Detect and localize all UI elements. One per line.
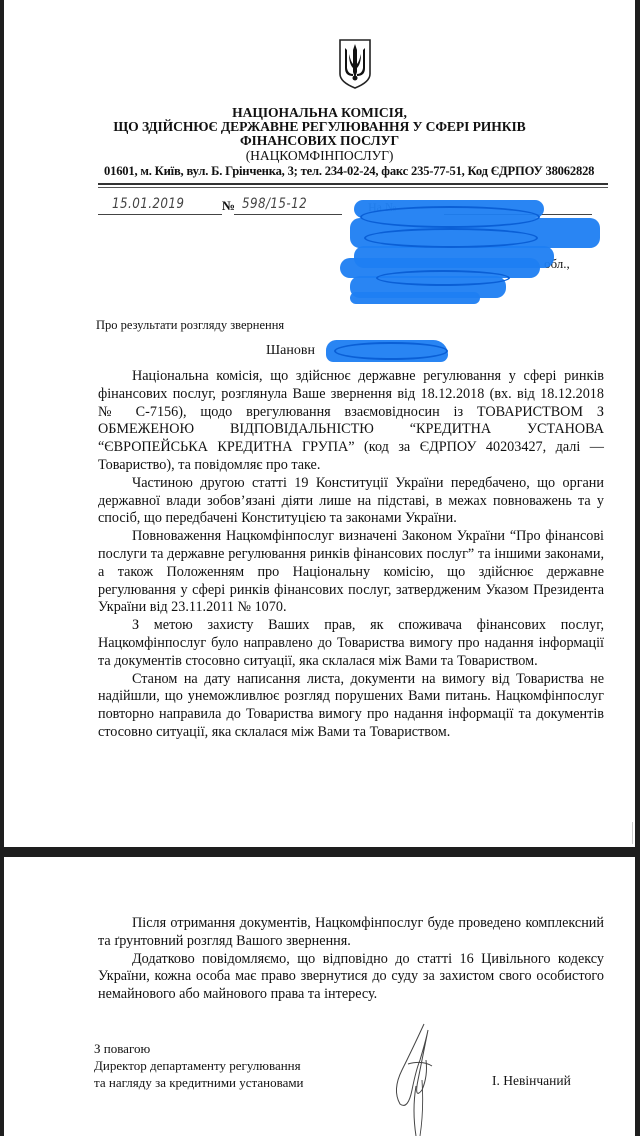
paragraph: Станом на дату написання листа, документ… bbox=[98, 671, 604, 742]
letter-page-2: Після отримання документів, Нацкомфінпос… bbox=[4, 857, 635, 1136]
closing: З повагою bbox=[94, 1040, 304, 1057]
signer-position-line2: та нагляду за кредитними установами bbox=[94, 1074, 304, 1091]
letter-body-page2: Після отримання документів, Нацкомфінпос… bbox=[98, 915, 604, 1004]
number-underline bbox=[234, 214, 342, 215]
org-abbreviation: (НАЦКОМФІНПОСЛУГ) bbox=[4, 147, 635, 164]
greeting: Шановн bbox=[266, 343, 315, 359]
signature-block: З повагою Директор департаменту регулюва… bbox=[94, 1040, 304, 1091]
org-address: 01601, м. Київ, вул. Б. Грінченка, 3; те… bbox=[104, 164, 624, 179]
signer-position-line1: Директор департаменту регулювання bbox=[94, 1057, 304, 1074]
handwritten-signature-icon bbox=[382, 1020, 452, 1136]
paragraph: Повноваження Нацкомфінпослуг визначені З… bbox=[98, 528, 604, 617]
signer-name: І. Невінчаний bbox=[492, 1073, 571, 1089]
paragraph: Частиною другою статті 19 Конституції Ук… bbox=[98, 475, 604, 528]
letter-subject: Про результати розгляду звернення bbox=[96, 318, 284, 333]
ukraine-trident-icon bbox=[338, 38, 372, 90]
date-underline bbox=[98, 214, 222, 215]
paragraph: Національна комісія, що здійснює державн… bbox=[98, 368, 604, 475]
letter-date: 15.01.2019 bbox=[112, 196, 184, 212]
header-rule bbox=[98, 183, 608, 185]
letter-page-1: НАЦІОНАЛЬНА КОМІСІЯ, ЩО ЗДІЙСНЮЄ ДЕРЖАВН… bbox=[4, 0, 635, 847]
letter-number: 598/15-12 bbox=[242, 196, 307, 212]
paragraph: Додатково повідомляємо, що відповідно до… bbox=[98, 951, 604, 1004]
header-rule-thin bbox=[98, 187, 608, 188]
number-sign: № bbox=[222, 198, 235, 214]
letter-body-page1: Національна комісія, що здійснює державн… bbox=[98, 368, 604, 742]
paragraph: Після отримання документів, Нацкомфінпос… bbox=[98, 915, 604, 951]
paragraph: З метою захисту Ваших прав, як споживача… bbox=[98, 617, 604, 670]
scroll-indicator[interactable] bbox=[632, 822, 633, 844]
